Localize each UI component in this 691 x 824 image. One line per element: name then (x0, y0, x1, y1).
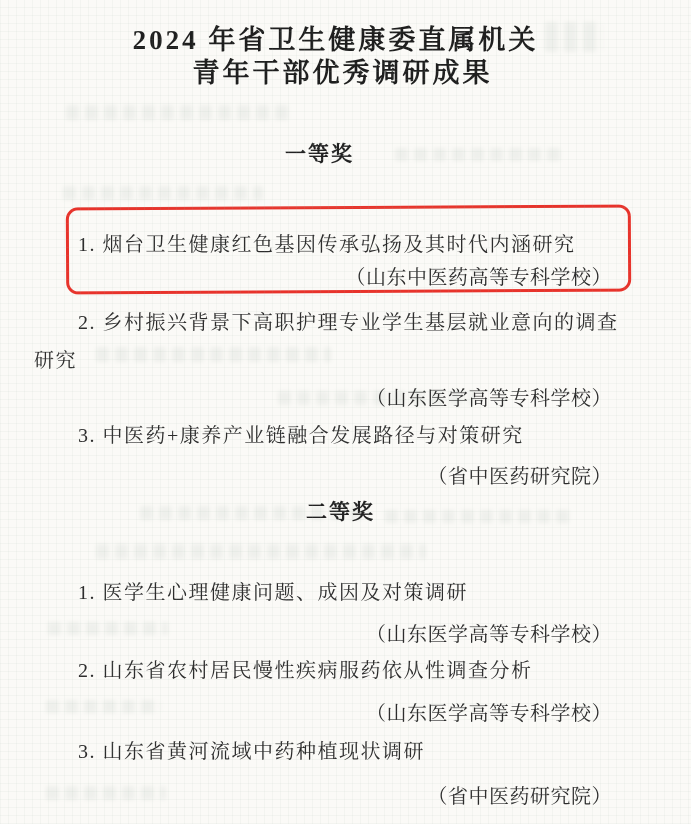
item-institution-first-prize-2: （山东医学高等专科学校） (0, 382, 612, 411)
item-institution-second-prize-3: （省中医药研究院） (0, 780, 612, 809)
item-title-first-prize-2: 2. 乡村振兴背景下高职护理专业学生基层就业意向的调查 (78, 306, 619, 335)
item-institution-first-prize-1: （山东中医药高等专科学校） (0, 261, 612, 290)
item-institution-second-prize-2: （山东医学高等专科学校） (0, 697, 612, 726)
document-title-line-2: 青年干部优秀调研成果 (0, 51, 688, 90)
item-title-first-prize-1: 1. 烟台卫生健康红色基因传承弘扬及其时代内涵研究 (78, 228, 576, 257)
scanned-document-page: 2024 年省卫生健康委直属机关 青年干部优秀调研成果 一等奖 1. 烟台卫生健… (0, 0, 691, 824)
item-title-first-prize-3: 3. 中医药+康养产业链融合发展路径与对策研究 (78, 419, 524, 448)
item-institution-second-prize-1: （山东医学高等专科学校） (0, 618, 612, 647)
bleed-through-artifact (66, 105, 291, 120)
item-title-second-prize-1: 1. 医学生心理健康问题、成因及对策调研 (78, 576, 468, 605)
item-institution-first-prize-3: （省中医药研究院） (0, 460, 612, 489)
bleed-through-artifact (96, 544, 426, 559)
item-title-second-prize-3: 3. 山东省黄河流域中药种植现状调研 (78, 735, 425, 764)
section-heading-first-prize: 一等奖 (0, 138, 665, 168)
item-title-first-prize-2-continuation: 研究 (34, 344, 77, 373)
section-heading-second-prize: 二等奖 (0, 496, 686, 526)
item-title-second-prize-2: 2. 山东省农村居民慢性疾病服药依从性调查分析 (78, 654, 533, 683)
bleed-through-artifact (96, 347, 331, 362)
bleed-through-artifact (63, 186, 263, 200)
